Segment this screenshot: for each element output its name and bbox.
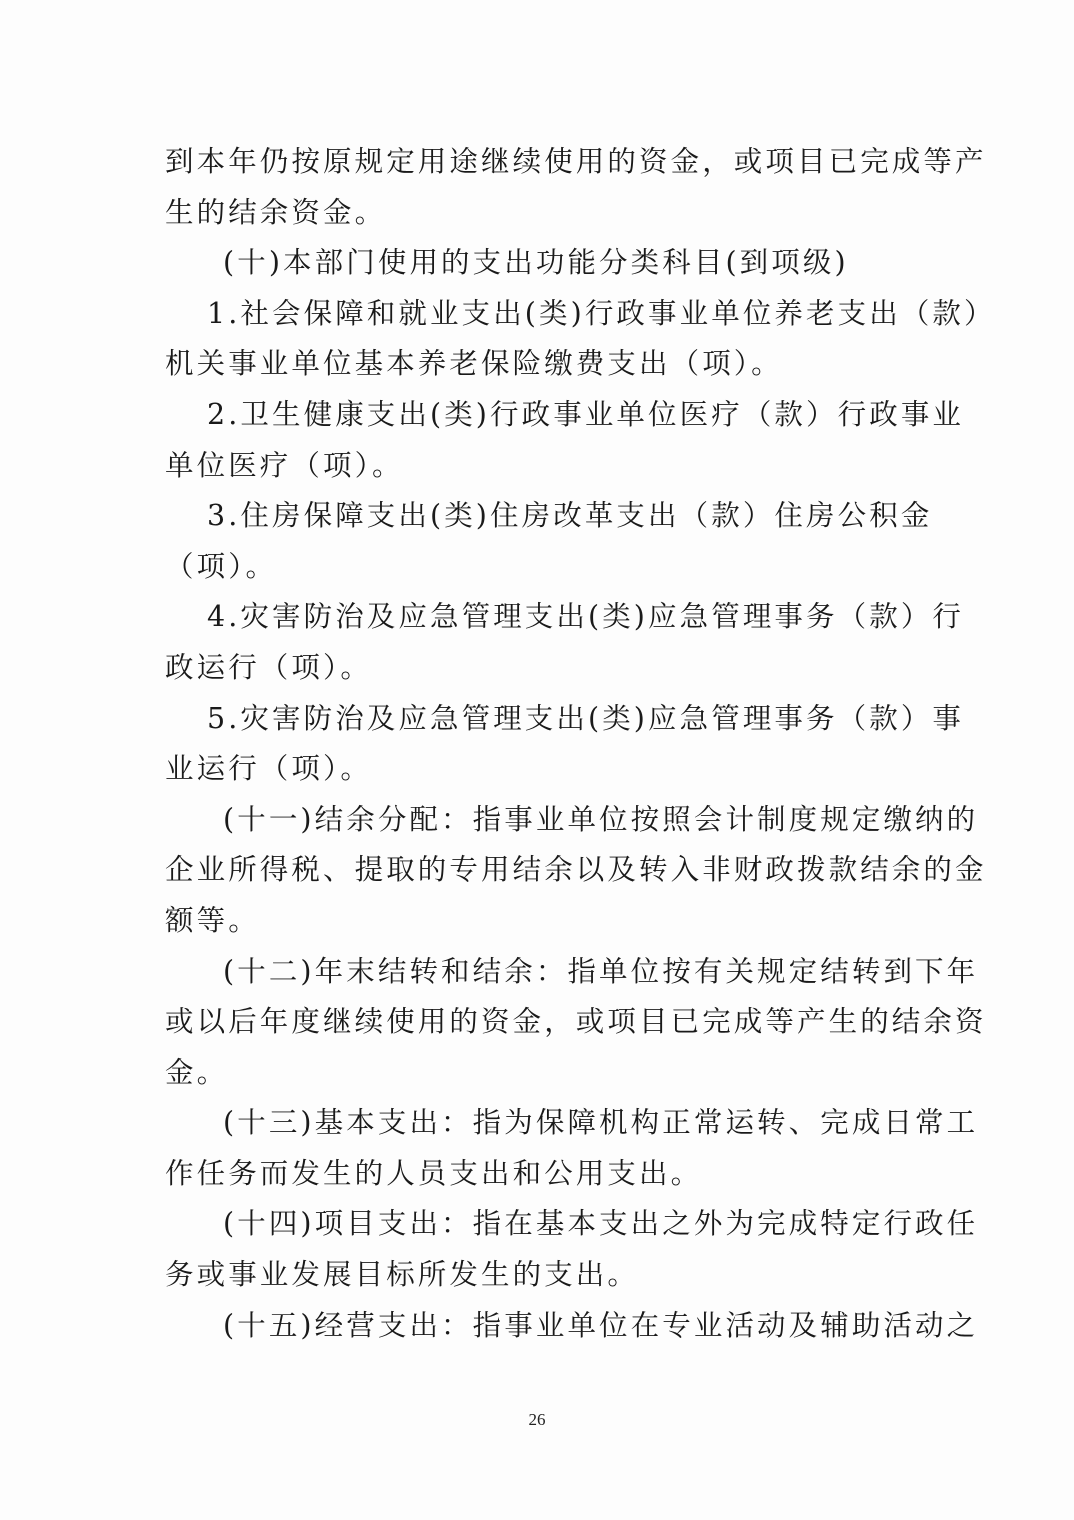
section-heading: (十)本部门使用的支出功能分类科目(到项级) [165,238,915,289]
paragraph-line: 企业所得税、提取的专用结余以及转入非财政拨款结余的金 [165,845,915,896]
document-body: 到本年仍按原规定用途继续使用的资金，或项目已完成等产 生的结余资金。 (十)本部… [165,137,915,1351]
definition-paragraph: (十一)结余分配：指事业单位按照会计制度规定缴纳的 [165,795,915,846]
list-item: 4.灾害防治及应急管理支出(类)应急管理事务（款）行 [165,592,915,643]
definition-paragraph: (十二)年末结转和结余：指单位按有关规定结转到下年 [165,947,915,998]
definition-paragraph: (十四)项目支出：指在基本支出之外为完成特定行政任 [165,1199,915,1250]
page-number: 26 [0,1410,1074,1430]
list-item-continuation: 单位医疗（项）。 [165,441,915,492]
list-item-continuation: 政运行（项）。 [165,643,915,694]
definition-paragraph: (十五)经营支出：指事业单位在专业活动及辅助活动之 [165,1301,915,1352]
list-item-continuation: 业运行（项）。 [165,744,915,795]
list-item-continuation: 机关事业单位基本养老保险缴费支出（项）。 [165,339,915,390]
paragraph-line: 生的结余资金。 [165,188,915,239]
paragraph-line: 作任务而发生的人员支出和公用支出。 [165,1149,915,1200]
definition-paragraph: (十三)基本支出：指为保障机构正常运转、完成日常工 [165,1098,915,1149]
paragraph-line: 金。 [165,1048,915,1099]
list-item: 2.卫生健康支出(类)行政事业单位医疗（款）行政事业 [165,390,915,441]
paragraph-line: 到本年仍按原规定用途继续使用的资金，或项目已完成等产 [165,137,915,188]
paragraph-line: 额等。 [165,896,915,947]
list-item: 5.灾害防治及应急管理支出(类)应急管理事务（款）事 [165,694,915,745]
list-item: 3.住房保障支出(类)住房改革支出（款）住房公积金 [165,491,915,542]
paragraph-line: 务或事业发展目标所发生的支出。 [165,1250,915,1301]
paragraph-line: 或以后年度继续使用的资金，或项目已完成等产生的结余资 [165,997,915,1048]
list-item-continuation: （项）。 [165,542,915,593]
list-item: 1.社会保障和就业支出(类)行政事业单位养老支出（款） [165,289,915,340]
